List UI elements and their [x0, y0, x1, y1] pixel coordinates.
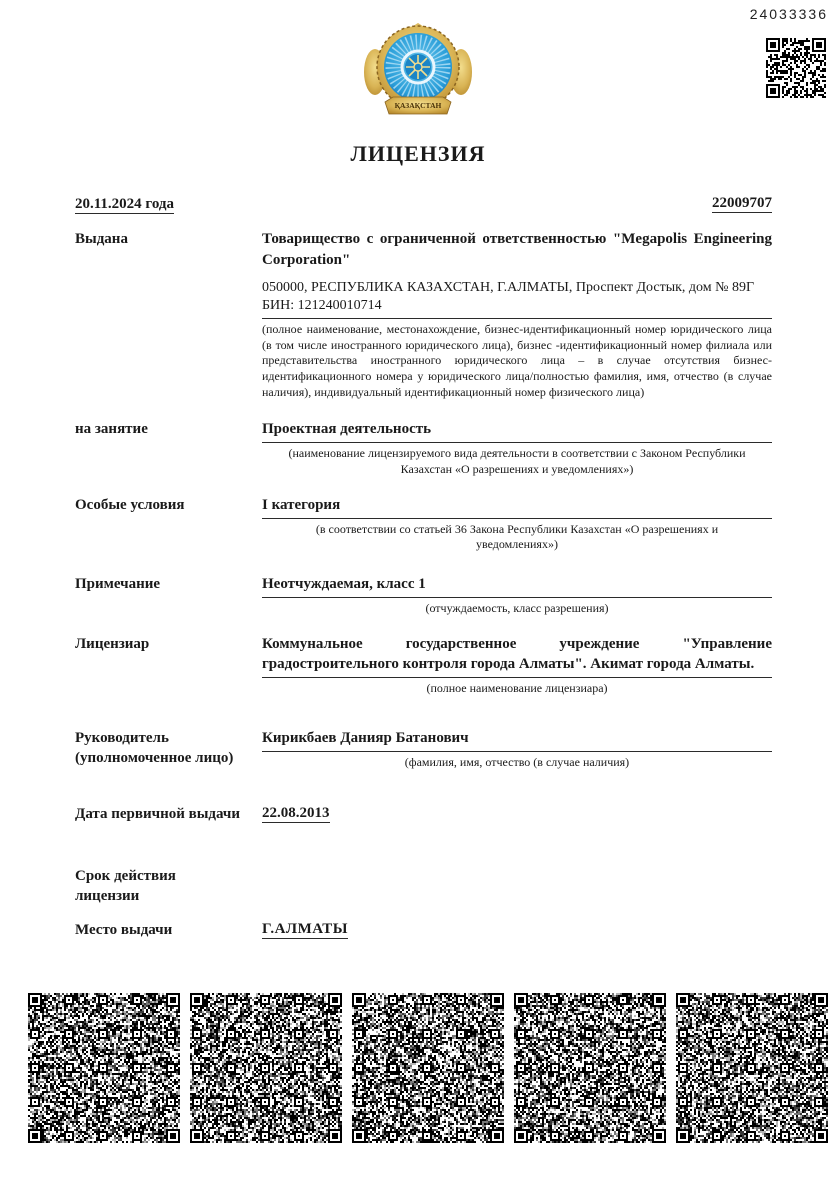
field-value-validity — [262, 866, 772, 907]
field-licensor: Лицензиар Коммунальное государственное у… — [75, 634, 772, 697]
field-label-activity: на занятие — [75, 419, 262, 477]
field-hint-issued-to: (полное наименование, местонахождение, б… — [262, 322, 772, 400]
date-number-row: 20.11.2024 года 22009707 — [75, 194, 772, 214]
field-value-activity: Проектная деятельность — [262, 419, 772, 443]
signature-barcode-2 — [190, 993, 342, 1143]
signature-barcode-4 — [514, 993, 666, 1143]
field-value-special-conditions: I категория — [262, 495, 772, 519]
field-head: Руководитель (уполномоченное лицо) Кирик… — [75, 728, 772, 771]
field-value-note: Неотчуждаемая, класс 1 — [262, 574, 772, 598]
issued-to-bin: БИН: 121240010714 — [262, 297, 772, 315]
license-number: 22009707 — [712, 195, 772, 213]
field-first-issue-date: Дата первичной выдачи 22.08.2013 — [75, 804, 772, 824]
field-label-issue-place: Место выдачи — [75, 920, 262, 940]
field-hint-note: (отчуждаемость, класс разрешения) — [262, 601, 772, 617]
field-activity: на занятие Проектная деятельность (наиме… — [75, 419, 772, 477]
field-hint-head: (фамилия, имя, отчество (в случае наличи… — [262, 755, 772, 771]
field-issue-place: Место выдачи Г.АЛМАТЫ — [75, 920, 772, 940]
field-label-special-conditions: Особые условия — [75, 495, 262, 553]
signature-barcode-5 — [676, 993, 828, 1143]
field-validity: Срок действия лицензии — [75, 866, 772, 907]
field-issued-to: Выдана Товарищество с ограниченной ответ… — [75, 229, 772, 400]
issue-date: 20.11.2024 года — [75, 196, 174, 214]
qr-code-icon — [766, 38, 826, 98]
document-title: ЛИЦЕНЗИЯ — [0, 141, 836, 167]
field-label-first-issue-date: Дата первичной выдачи — [75, 804, 262, 824]
field-value-licensor: Коммунальное государственное учреждение … — [262, 634, 772, 679]
field-hint-activity: (наименование лицензируемого вида деятел… — [262, 446, 772, 477]
field-label-issued-to: Выдана — [75, 229, 262, 400]
field-hint-licensor: (полное наименование лицензиара) — [262, 681, 772, 697]
document-body: ЛИЦЕНЗИЯ 20.11.2024 года 22009707 Выдана… — [0, 0, 836, 940]
emblem-banner-text: ҚАЗАҚСТАН — [395, 101, 442, 110]
field-label-head: Руководитель (уполномоченное лицо) — [75, 728, 262, 771]
issued-to-address: 050000, РЕСПУБЛИКА КАЗАХСТАН, Г.АЛМАТЫ, … — [262, 279, 772, 297]
field-label-note: Примечание — [75, 574, 262, 617]
field-label-validity: Срок действия лицензии — [75, 866, 262, 907]
license-document: 24033336 — [0, 0, 836, 1181]
field-special-conditions: Особые условия I категория (в соответств… — [75, 495, 772, 553]
kazakhstan-emblem-icon: ҚАЗАҚСТАН — [363, 22, 473, 125]
signature-barcode-3 — [352, 993, 504, 1143]
field-value-first-issue-date: 22.08.2013 — [262, 805, 330, 823]
field-note: Примечание Неотчуждаемая, класс 1 (отчуж… — [75, 574, 772, 617]
field-value-head: Кирикбаев Данияр Батанович — [262, 728, 772, 752]
signature-barcode-1 — [28, 993, 180, 1143]
serial-number: 24033336 — [750, 6, 828, 22]
field-hint-special-conditions: (в соответствии со статьей 36 Закона Рес… — [262, 522, 772, 553]
field-value-issue-place: Г.АЛМАТЫ — [262, 921, 348, 939]
signature-barcode-row — [28, 993, 828, 1143]
field-value-issued-to: Товарищество с ограниченной ответственно… — [262, 229, 772, 270]
field-label-licensor: Лицензиар — [75, 634, 262, 697]
